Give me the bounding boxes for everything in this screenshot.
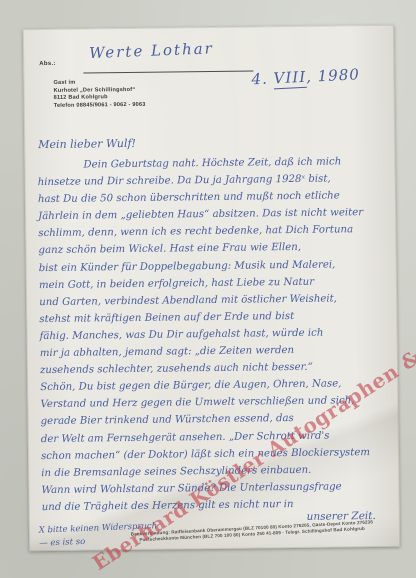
sender-address-block: Gast imKurhotel „Der Schillingshof“8112 … bbox=[53, 79, 145, 110]
sender-underline-rule bbox=[83, 70, 253, 73]
letter-greeting: Mein lieber Wulf! bbox=[38, 137, 136, 151]
sender-address-line: Telefon 08845/9061 - 9062 - 9063 bbox=[54, 102, 146, 111]
date-month-underlined: VIII bbox=[273, 68, 307, 90]
sender-abs-label: Abs.: bbox=[39, 61, 56, 67]
scanned-letter-photo: { "letter": { "sender_block": { "label":… bbox=[0, 0, 416, 578]
date-year: , 1980 bbox=[306, 65, 361, 86]
handwritten-sender-name: Werte Lothar bbox=[89, 39, 214, 62]
date-day: 4. bbox=[251, 70, 268, 89]
handwritten-date: 4. VIII, 1980 bbox=[251, 65, 360, 88]
letter-body: Dein Geburtstag naht. Höchste Zeit, daß … bbox=[37, 153, 391, 516]
letter-paper-sheet: Abs.: Werte Lothar Gast imKurhotel „Der … bbox=[23, 25, 400, 551]
